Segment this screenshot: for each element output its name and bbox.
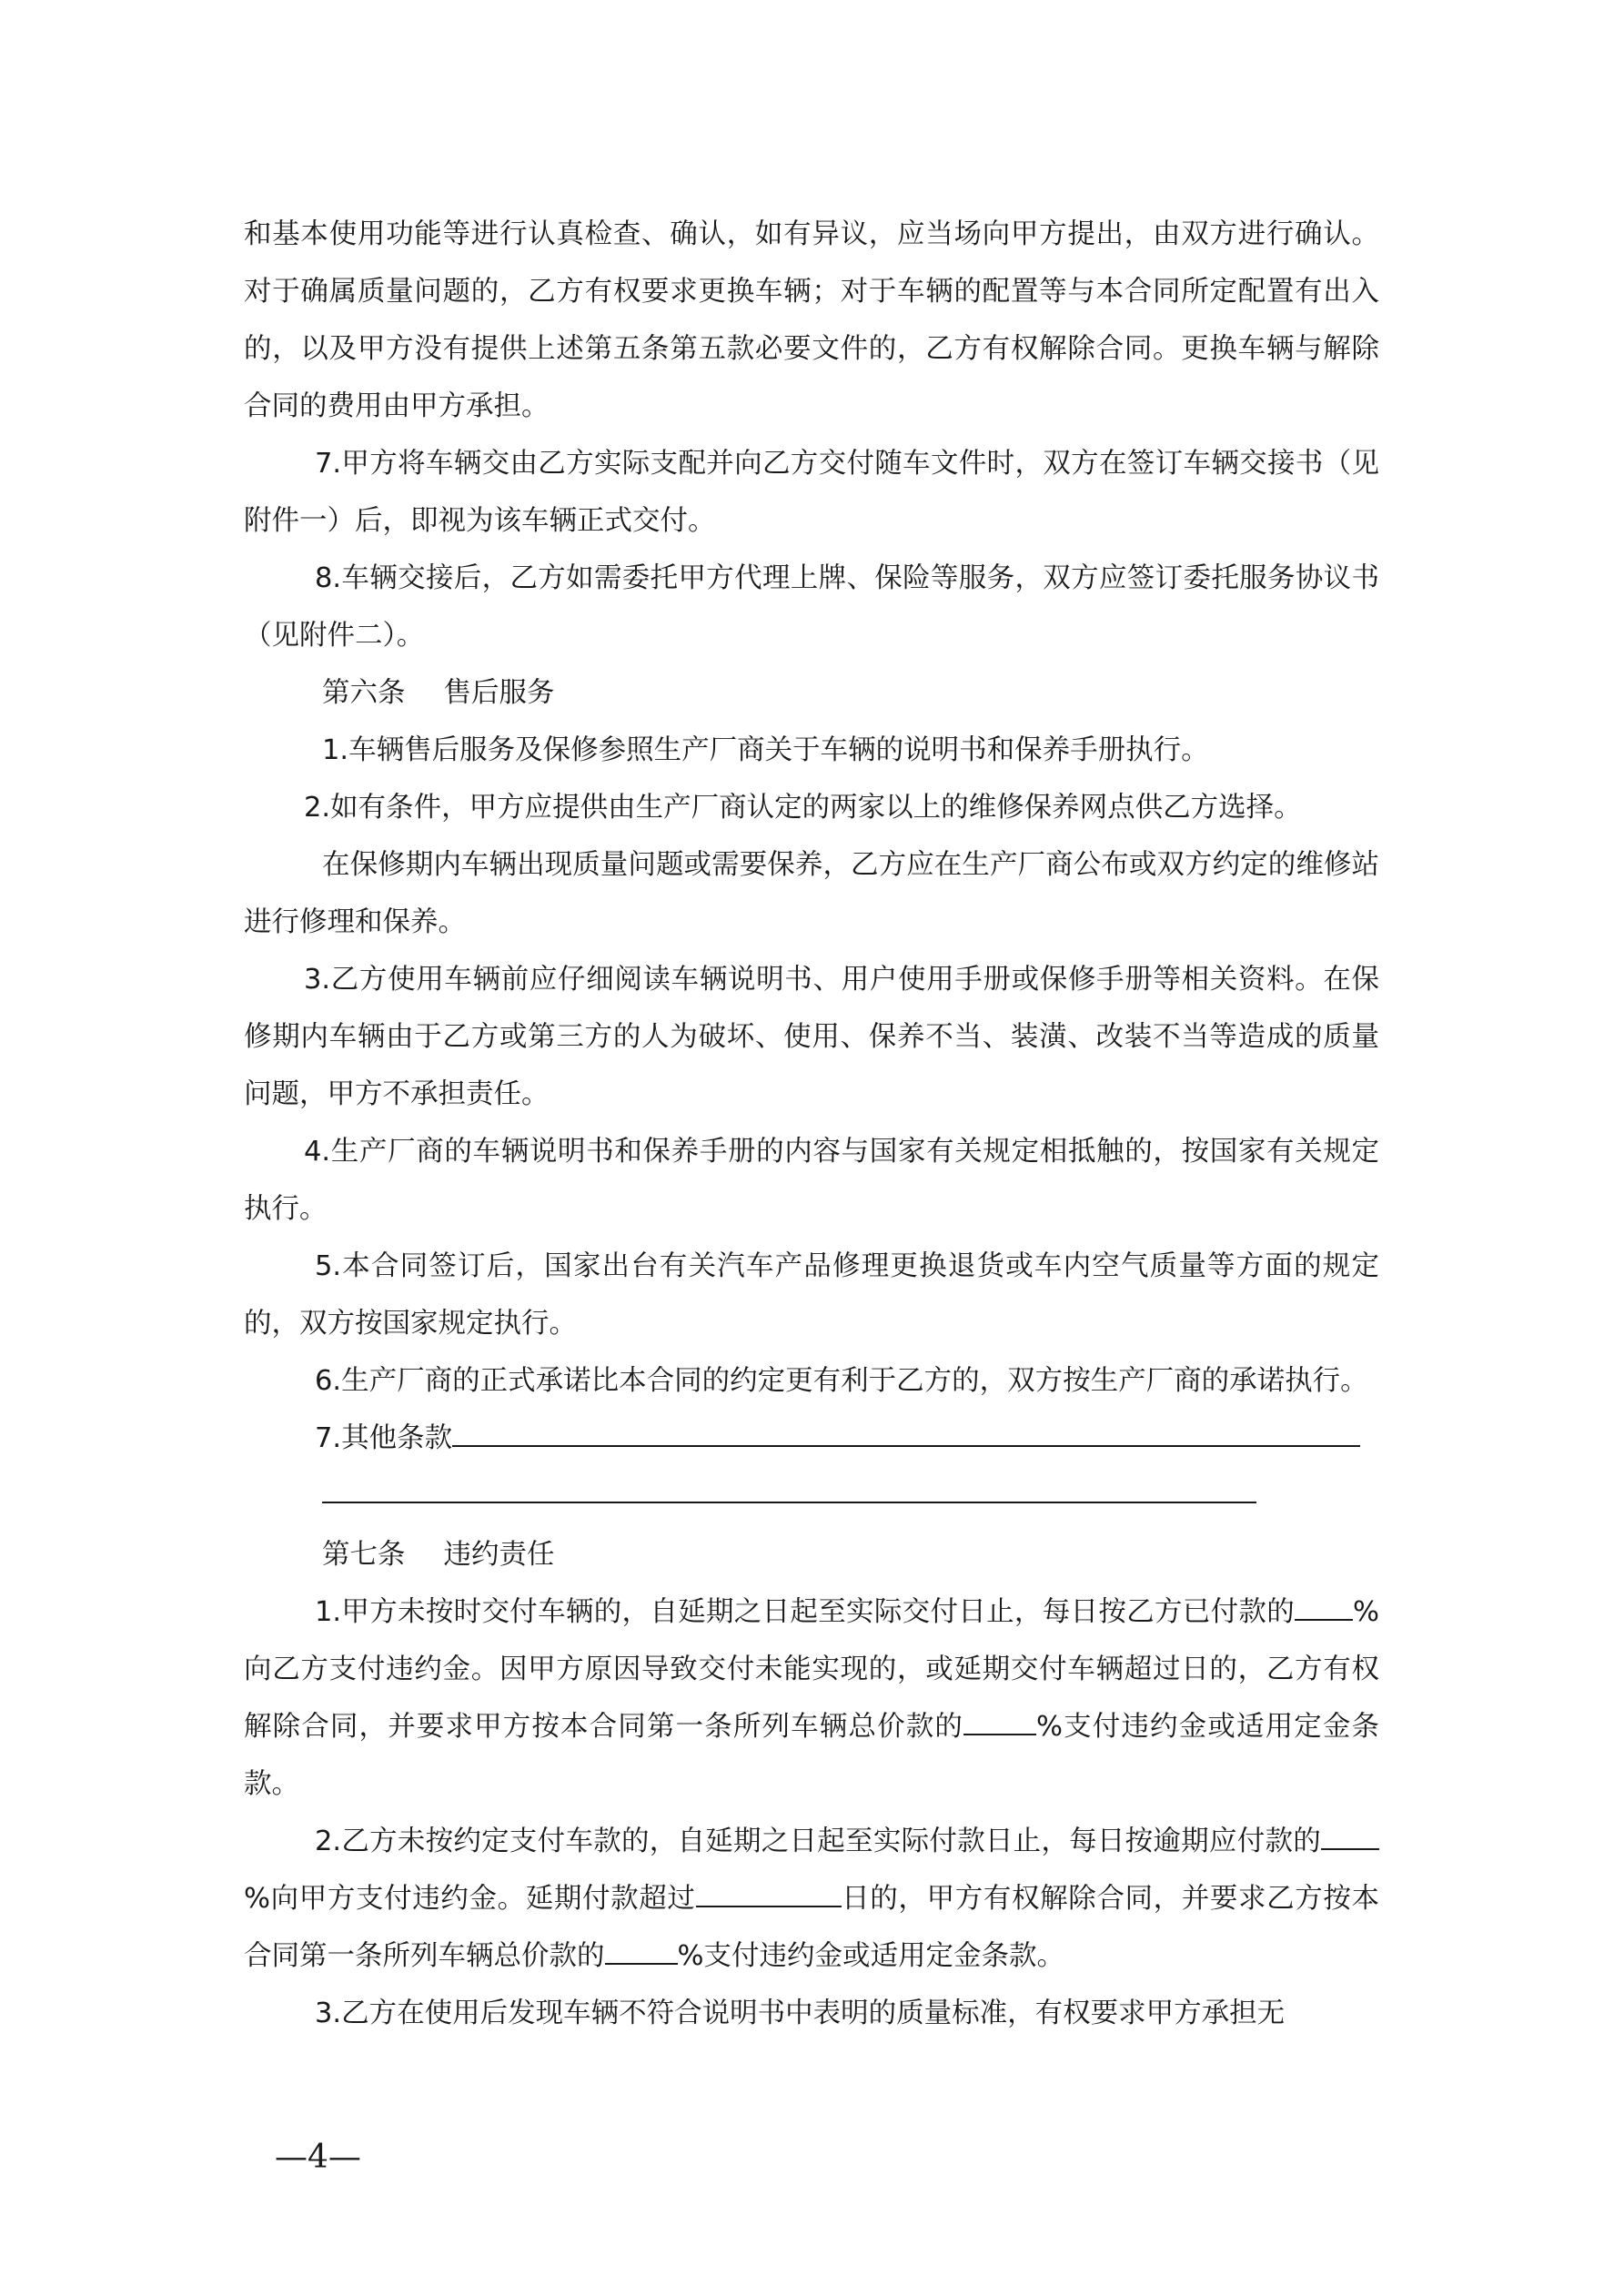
paragraph-item-8: 8.车辆交接后，乙方如需委托甲方代理上牌、保险等服务，双方应签订委托服务协议书（…	[244, 550, 1379, 664]
percent-blank[interactable]	[1321, 1825, 1379, 1850]
other-terms-blank-2[interactable]	[322, 1467, 1256, 1503]
service-item-2-cont: 在保修期内车辆出现质量问题或需要保养，乙方应在生产厂商公布或双方约定的维修站进行…	[244, 836, 1379, 951]
percent-blank[interactable]	[963, 1710, 1036, 1735]
paragraph-item-7: 7.甲方将车辆交由乙方实际支配并向乙方交付随车文件时，双方在签订车辆交接书（见附…	[244, 435, 1379, 550]
liability-item-2: 2.乙方未按约定支付车款的，自延期之日起至实际付款日止，每日按逾期应付款的%向甲…	[244, 1813, 1379, 1985]
percent-blank[interactable]	[1295, 1595, 1353, 1621]
article-number: 第六条	[322, 677, 406, 709]
page-number: —4—	[275, 2139, 361, 2176]
article-number: 第七条	[322, 1539, 406, 1571]
service-item-1: 1.车辆售后服务及保修参照生产厂商关于车辆的说明书和保养手册执行。	[244, 722, 1379, 779]
service-item-2: 2.如有条件，甲方应提供由生产厂商认定的两家以上的维修保养网点供乙方选择。	[244, 779, 1379, 836]
other-terms-label: 7.其他条款	[315, 1422, 452, 1454]
article-6-heading: 第六条售后服务	[244, 664, 1379, 722]
article-title: 违约责任	[444, 1539, 555, 1571]
service-item-5: 5.本合同签订后，国家出台有关汽车产品修理更换退货或车内空气质量等方面的规定的，…	[244, 1238, 1379, 1352]
percent-blank[interactable]	[605, 1939, 678, 1965]
liability-item-1: 1.甲方未按时交付车辆的，自延期之日起至实际交付日止，每日按乙方已付款的%向乙方…	[244, 1583, 1379, 1813]
other-terms-blank[interactable]	[452, 1421, 1360, 1447]
article-7-heading: 第七条违约责任	[244, 1526, 1379, 1583]
paragraph-continued: 和基本使用功能等进行认真检查、确认，如有异议，应当场向甲方提出，由双方进行确认。…	[244, 206, 1379, 435]
service-item-3: 3.乙方使用车辆前应仔细阅读车辆说明书、用户使用手册或保修手册等相关资料。在保修…	[244, 951, 1379, 1123]
service-item-7: 7.其他条款	[244, 1410, 1379, 1467]
document-page: 和基本使用功能等进行认真检查、确认，如有异议，应当场向甲方提出，由双方进行确认。…	[244, 206, 1379, 2042]
days-blank[interactable]	[696, 1882, 842, 1907]
liability-item-3: 3.乙方在使用后发现车辆不符合说明书中表明的质量标准，有权要求甲方承担无	[244, 1985, 1379, 2042]
service-item-6: 6.生产厂商的正式承诺比本合同的约定更有利于乙方的，双方按生产厂商的承诺执行。	[244, 1352, 1379, 1410]
service-item-4: 4.生产厂商的车辆说明书和保养手册的内容与国家有关规定相抵触的，按国家有关规定执…	[244, 1123, 1379, 1238]
article-title: 售后服务	[444, 677, 555, 709]
